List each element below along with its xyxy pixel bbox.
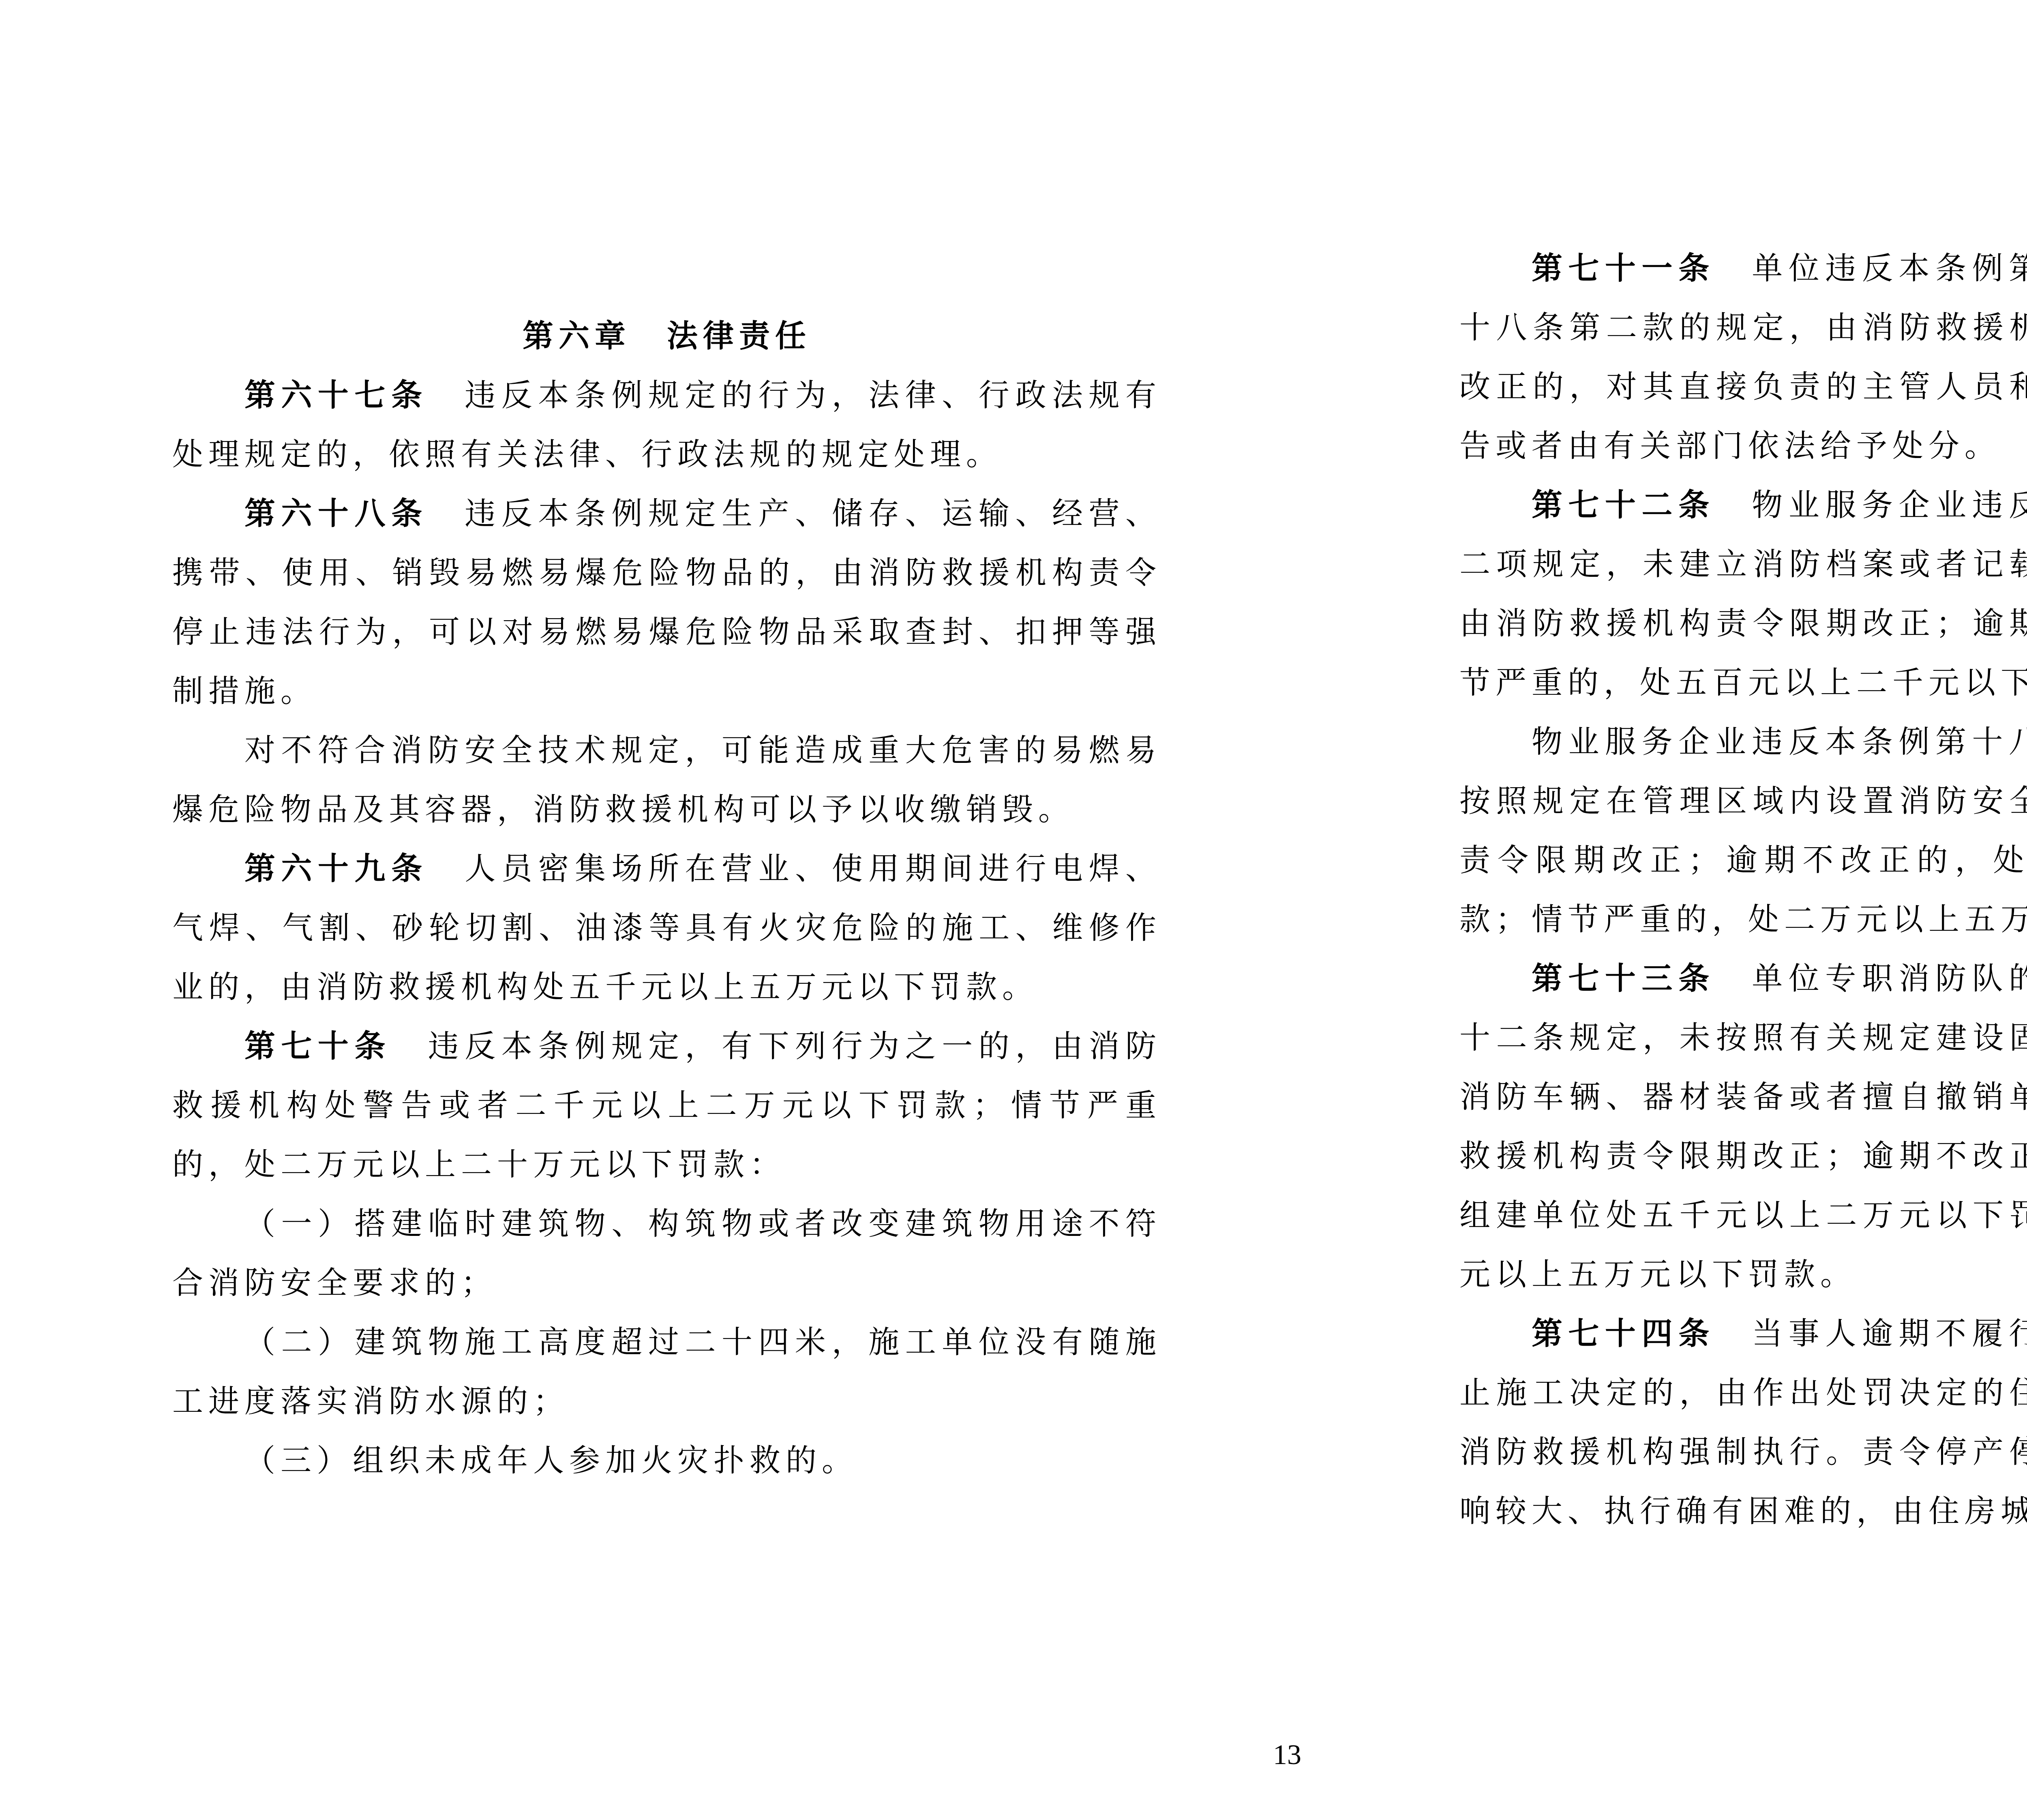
page-number: 13 bbox=[0, 1737, 2027, 1773]
left-text-column: 第六章 法律责任 第六十七条 违反本条例规定的行为，法律、行政法规有处理规定的，… bbox=[172, 307, 1161, 1490]
paragraph: （一）搭建临时建筑物、构筑物或者改变建筑物用途不符合消防安全要求的； bbox=[172, 1195, 1161, 1313]
paragraph: 物业服务企业违反本条例第十八条第一款第三项规定，未按照规定在管理区域内设置消防安… bbox=[1459, 713, 2027, 949]
article-number-label: 第六十九条 bbox=[244, 852, 428, 886]
paragraph-text: （二）建筑物施工高度超过二十四米，施工单位没有随施工进度落实消防水源的； bbox=[172, 1325, 1161, 1419]
paragraph: 第七十四条 当事人逾期不履行停产停业、停止使用、停止施工决定的，由作出处罚决定的… bbox=[1459, 1304, 2027, 1541]
paragraph: 第七十二条 物业服务企业违反本条例第十八条第一款第二项规定，未建立消防档案或者记… bbox=[1459, 476, 2027, 713]
right-paragraphs: 第七十一条 单位违反本条例第十六条、第十七条、第三十八条第二款的规定，由消防救援… bbox=[1459, 239, 2027, 1541]
article-number-label: 第七十条 bbox=[244, 1030, 391, 1064]
paragraph-text: 对不符合消防安全技术规定，可能造成重大危害的易燃易爆危险物品及其容器，消防救援机… bbox=[172, 734, 1161, 827]
paragraph: （三）组织未成年人参加火灾扑救的。 bbox=[172, 1431, 1161, 1490]
right-text-column: 第七十一条 单位违反本条例第十六条、第十七条、第三十八条第二款的规定，由消防救援… bbox=[1459, 239, 2027, 1541]
article-number-label: 第七十三条 bbox=[1532, 962, 1715, 996]
paragraph-text: 物业服务企业违反本条例第十八条第一款第三项规定，未按照规定在管理区域内设置消防安… bbox=[1459, 725, 2027, 937]
article-number-label: 第七十一条 bbox=[1532, 252, 1715, 286]
paragraph: 对不符合消防安全技术规定，可能造成重大危害的易燃易爆危险物品及其容器，消防救援机… bbox=[172, 721, 1161, 839]
paragraph: 第七十条 违反本条例规定，有下列行为之一的，由消防救援机构处警告或者二千元以上二… bbox=[172, 1017, 1161, 1195]
paragraph: （二）建筑物施工高度超过二十四米，施工单位没有随施工进度落实消防水源的； bbox=[172, 1313, 1161, 1431]
paragraph: 第六十九条 人员密集场所在营业、使用期间进行电焊、气焊、气割、砂轮切割、油漆等具… bbox=[172, 839, 1161, 1017]
document-page: 第六章 法律责任 第六十七条 违反本条例规定的行为，法律、行政法规有处理规定的，… bbox=[0, 0, 2027, 1820]
article-number-label: 第六十八条 bbox=[244, 497, 428, 531]
article-number-label: 第七十二条 bbox=[1532, 488, 1715, 522]
paragraph-text: （一）搭建临时建筑物、构筑物或者改变建筑物用途不符合消防安全要求的； bbox=[172, 1207, 1161, 1300]
paragraph: 第七十一条 单位违反本条例第十六条、第十七条、第三十八条第二款的规定，由消防救援… bbox=[1459, 239, 2027, 476]
paragraph: 第六十七条 违反本条例规定的行为，法律、行政法规有处理规定的，依照有关法律、行政… bbox=[172, 366, 1161, 484]
paragraph: 第七十三条 单位专职消防队的组建单位违反本条例第五十二条规定，未按照有关规定建设… bbox=[1459, 949, 2027, 1304]
article-number-label: 第六十七条 bbox=[244, 379, 428, 413]
paragraph-text: （三）组织未成年人参加火灾扑救的。 bbox=[244, 1444, 858, 1478]
article-number-label: 第七十四条 bbox=[1532, 1317, 1715, 1351]
paragraph: 第六十八条 违反本条例规定生产、储存、运输、经营、携带、使用、销毁易燃易爆危险物… bbox=[172, 484, 1161, 721]
left-paragraphs: 第六十七条 违反本条例规定的行为，法律、行政法规有处理规定的，依照有关法律、行政… bbox=[172, 366, 1161, 1490]
chapter-heading: 第六章 法律责任 bbox=[172, 307, 1161, 366]
paragraph-text: 单位专职消防队的组建单位违反本条例第五十二条规定，未按照有关规定建设固定营房，配… bbox=[1459, 962, 2027, 1292]
